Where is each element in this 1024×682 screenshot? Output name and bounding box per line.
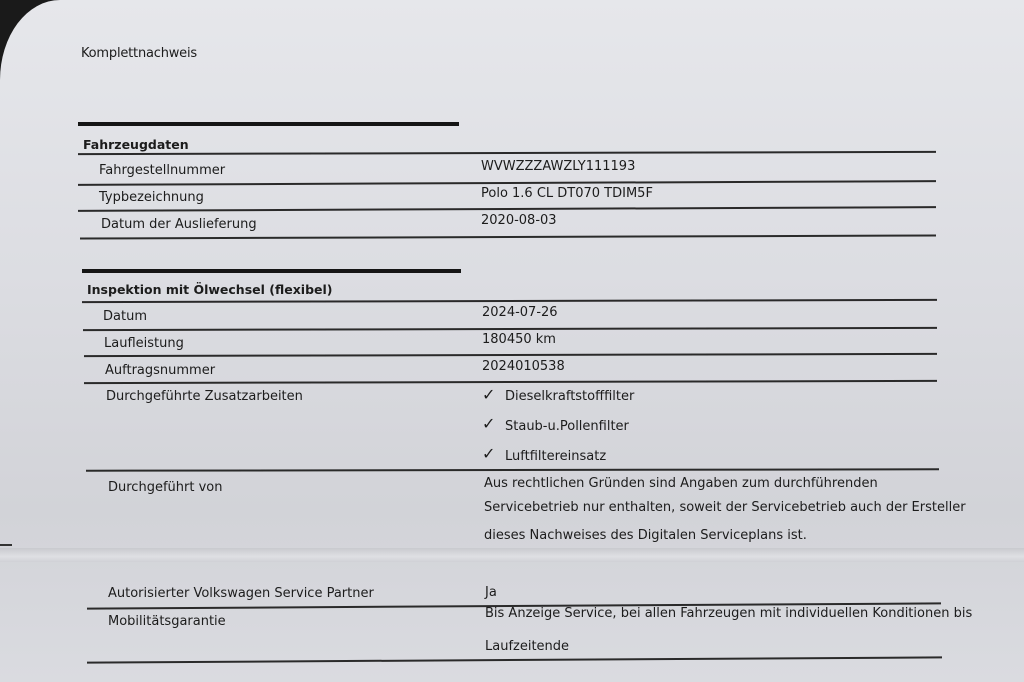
- label-service-partner: Autorisierter Volkswagen Service Partner: [108, 586, 374, 601]
- label-auftragsnummer: Auftragsnummer: [105, 363, 215, 378]
- section-heading-inspektion: Inspektion mit Ölwechsel (flexibel): [87, 282, 333, 297]
- section-divider: [82, 269, 461, 273]
- mobilitaetsgarantie-line: Bis Anzeige Service, bei allen Fahrzeuge…: [485, 606, 972, 621]
- section-divider: [78, 122, 459, 126]
- document-title: Komplettnachweis: [81, 46, 197, 61]
- row-divider: [83, 327, 937, 331]
- label-fahrgestellnummer: Fahrgestellnummer: [99, 163, 225, 178]
- label-durchgefuehrt-von: Durchgeführt von: [108, 480, 222, 495]
- value-auftragsnummer: 2024010538: [482, 359, 565, 374]
- mobilitaetsgarantie-line: Laufzeitende: [485, 639, 569, 654]
- paper-fold: [0, 548, 1024, 562]
- value-fahrgestellnummer: WVWZZZAWZLY111193: [481, 159, 635, 174]
- durchgefuehrt-von-line: dieses Nachweises des Digitalen Servicep…: [484, 528, 807, 543]
- row-divider: [78, 151, 936, 155]
- edge-mark: [0, 544, 12, 546]
- value-datum: 2024-07-26: [482, 305, 558, 320]
- row-divider: [86, 468, 939, 471]
- row-divider: [78, 180, 936, 185]
- zusatzarbeit-item: Dieselkraftstofffilter: [505, 389, 634, 404]
- label-datum: Datum: [103, 309, 147, 324]
- durchgefuehrt-von-line: Aus rechtlichen Gründen sind Angaben zum…: [484, 476, 878, 491]
- document-page: Komplettnachweis Fahrzeugdaten Fahrgeste…: [0, 0, 1024, 682]
- durchgefuehrt-von-line: Servicebetrieb nur enthalten, soweit der…: [484, 500, 966, 515]
- label-datum-auslieferung: Datum der Auslieferung: [101, 217, 257, 232]
- section-heading-fahrzeugdaten: Fahrzeugdaten: [83, 137, 189, 152]
- row-divider: [82, 299, 937, 303]
- zusatzarbeit-item: Luftfiltereinsatz: [505, 449, 606, 464]
- checkmark-icon: ✓: [482, 444, 495, 463]
- row-divider: [80, 235, 936, 239]
- label-zusatzarbeiten: Durchgeführte Zusatzarbeiten: [106, 389, 303, 404]
- value-service-partner: Ja: [485, 585, 497, 600]
- value-laufleistung: 180450 km: [482, 332, 556, 347]
- value-typbezeichnung: Polo 1.6 CL DT070 TDIM5F: [481, 186, 653, 201]
- zusatzarbeit-item: Staub-u.Pollenfilter: [505, 419, 629, 434]
- row-divider: [84, 380, 937, 384]
- checkmark-icon: ✓: [482, 385, 495, 404]
- label-typbezeichnung: Typbezeichnung: [99, 190, 204, 205]
- row-divider: [84, 353, 937, 357]
- row-divider: [87, 656, 942, 663]
- label-mobilitaetsgarantie: Mobilitätsgarantie: [108, 614, 226, 629]
- row-divider: [78, 206, 936, 211]
- checkmark-icon: ✓: [482, 414, 495, 433]
- value-datum-auslieferung: 2020-08-03: [481, 213, 557, 228]
- label-laufleistung: Laufleistung: [104, 336, 184, 351]
